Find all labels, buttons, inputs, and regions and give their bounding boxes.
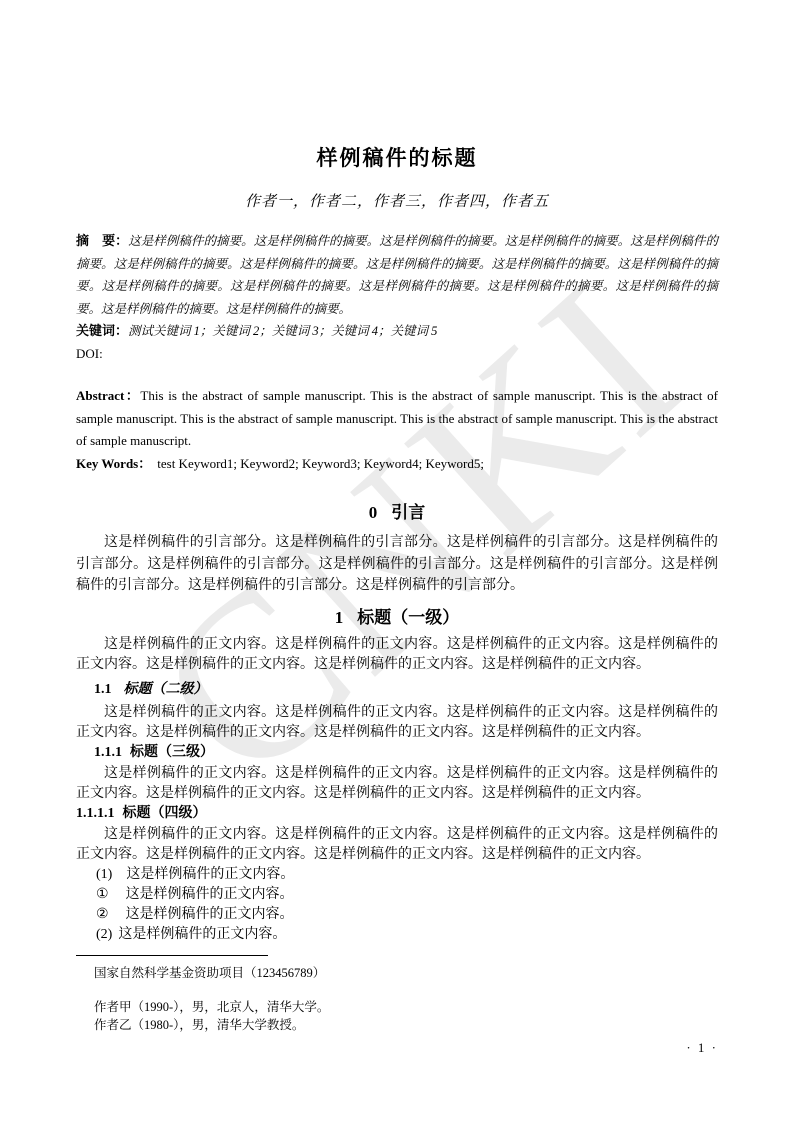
list-item: (2)这是样例稿件的正文内容。 [76, 925, 718, 945]
list-text: 这是样例稿件的正文内容。 [126, 907, 294, 922]
abstract-cn-text: 这是样例稿件的摘要。这是样例稿件的摘要。这是样例稿件的摘要。这是样例稿件的摘要。… [76, 234, 718, 316]
footnote-rule [76, 955, 268, 956]
keywords-cn: 关键词：测试关键词 1；关键词 2；关键词 3；关键词 4；关键词 5 [76, 320, 718, 343]
section-heading-level3: 1.1.1标题（三级） [76, 743, 718, 763]
page-title: 样例稿件的标题 [76, 144, 718, 174]
page-content: 样例稿件的标题 作者一，作者二，作者三，作者四，作者五 摘 要：这是样例稿件的摘… [0, 0, 794, 945]
doi-label: DOI: [76, 343, 718, 366]
list-item: (1)这是样例稿件的正文内容。 [76, 865, 718, 885]
body-paragraph: 这是样例稿件的正文内容。这是样例稿件的正文内容。这是样例稿件的正文内容。这是样例… [76, 703, 718, 743]
section-title: 引言 [391, 503, 425, 522]
section-number: 0 [369, 503, 378, 522]
body-paragraph: 这是样例稿件的正文内容。这是样例稿件的正文内容。这是样例稿件的正文内容。这是样例… [76, 764, 718, 804]
list-item: ②这是样例稿件的正文内容。 [76, 905, 718, 925]
keywords-cn-label: 关键词： [76, 323, 128, 338]
body-paragraph: 这是样例稿件的正文内容。这是样例稿件的正文内容。这是样例稿件的正文内容。这是样例… [76, 635, 718, 675]
footnote-author-note: 作者乙（1980-），男，清华大学教授。 [94, 1016, 718, 1034]
section-number: 1 [335, 608, 344, 627]
list-marker: (1) [96, 867, 112, 882]
footnote-block: 国家自然科学基金资助项目（123456789） 作者甲（1990-），男，北京人… [76, 955, 718, 1034]
footnote-author-notes: 作者甲（1990-），男，北京人，清华大学。 作者乙（1980-），男，清华大学… [76, 998, 718, 1034]
abstract-en-text: This is the abstract of sample manuscrip… [76, 388, 718, 448]
section-heading-level1: 1标题（一级） [76, 606, 718, 630]
section-number: 1.1.1 [94, 745, 122, 760]
section-title: 标题（三级） [130, 745, 214, 760]
page-number: · 1 · [686, 1040, 718, 1056]
section-number: 1.1 [94, 682, 112, 697]
section-title: 标题（四级） [123, 806, 207, 821]
keywords-cn-text: 测试关键词 1；关键词 2；关键词 3；关键词 4；关键词 5 [128, 324, 437, 338]
section-heading-level4: 1.1.1.1标题（四级） [76, 804, 718, 824]
abstract-en: Abstract：This is the abstract of sample … [76, 385, 718, 453]
section-title: 标题（二级） [124, 682, 208, 697]
section-heading-intro: 0引言 [76, 501, 718, 525]
list-marker: ① [96, 887, 109, 902]
keywords-en: Key Words：test Keyword1; Keyword2; Keywo… [76, 453, 718, 476]
keywords-en-text: test Keyword1; Keyword2; Keyword3; Keywo… [157, 456, 484, 471]
manuscript-page: CNKI 样例稿件的标题 作者一，作者二，作者三，作者四，作者五 摘 要：这是样… [0, 0, 794, 1123]
footnote-fund: 国家自然科学基金资助项目（123456789） [76, 964, 718, 982]
list-item: ①这是样例稿件的正文内容。 [76, 885, 718, 905]
abstract-cn: 摘 要：这是样例稿件的摘要。这是样例稿件的摘要。这是样例稿件的摘要。这是样例稿件… [76, 230, 718, 320]
abstract-en-label: Abstract： [76, 388, 140, 403]
list-text: 这是样例稿件的正文内容。 [126, 887, 294, 902]
intro-paragraph: 这是样例稿件的引言部分。这是样例稿件的引言部分。这是样例稿件的引言部分。这是样例… [76, 532, 718, 597]
list-text: 这是样例稿件的正文内容。 [118, 927, 286, 942]
abstract-cn-label: 摘 要： [76, 233, 128, 248]
list-marker: ② [96, 907, 109, 922]
numbered-list: (1)这是样例稿件的正文内容。 ①这是样例稿件的正文内容。 ②这是样例稿件的正文… [76, 865, 718, 945]
list-marker: (2) [96, 927, 112, 942]
body-paragraph: 这是样例稿件的正文内容。这是样例稿件的正文内容。这是样例稿件的正文内容。这是样例… [76, 825, 718, 865]
section-title: 标题（一级） [357, 608, 459, 627]
section-number: 1.1.1.1 [76, 806, 115, 821]
section-heading-level2: 1.1标题（二级） [76, 680, 718, 700]
keywords-en-label: Key Words： [76, 456, 151, 471]
author-list: 作者一，作者二，作者三，作者四，作者五 [76, 192, 718, 213]
footnote-author-note: 作者甲（1990-），男，北京人，清华大学。 [94, 998, 718, 1016]
list-text: 这是样例稿件的正文内容。 [126, 867, 294, 882]
